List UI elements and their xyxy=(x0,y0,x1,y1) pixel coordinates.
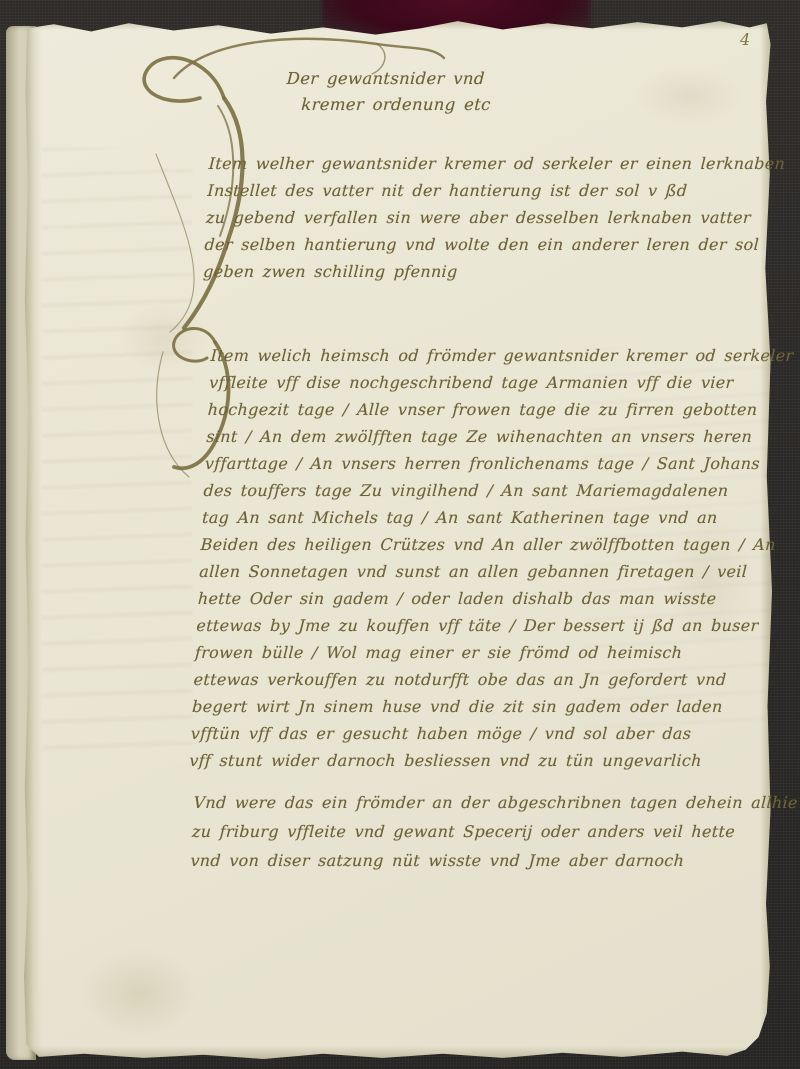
manuscript-line: des touffers tage Zu vingilhend / An san… xyxy=(203,477,800,504)
heading-line: Der gewantsnider vnd xyxy=(286,66,493,92)
manuscript-line: der selben hantierung vnd wolte den ein … xyxy=(204,231,782,258)
manuscript-line: Instellet des vatter nit der hantierung … xyxy=(207,177,785,204)
manuscript-line: vff stunt wider darnoch besliessen vnd z… xyxy=(189,747,799,774)
manuscript-line: zu gebend verfallen sin were aber dessel… xyxy=(205,204,783,231)
manuscript-line: Item welher gewantsnider kremer od serke… xyxy=(208,150,786,177)
manuscript-line: geben zwen schilling pfennig xyxy=(202,258,780,285)
paper-stain xyxy=(119,303,209,373)
manuscript-line: Item welich heimsch od frömder gewantsni… xyxy=(210,342,800,369)
paper-stain xyxy=(79,948,199,1038)
manuscript-line: vnd von diser satzung nüt wisste vnd Jme… xyxy=(190,846,796,875)
manuscript-line: sint / An dem zwölfften tage Ze wihenach… xyxy=(206,423,800,450)
manuscript-line: hette Oder sin gadem / oder laden dishal… xyxy=(197,585,800,612)
manuscript-line: ettewas by Jme zu kouffen vff täte / Der… xyxy=(196,612,800,639)
heading-line: kremer ordenung etc xyxy=(301,92,492,118)
manuscript-line: vffarttage / An vnsers herren fronlichen… xyxy=(204,450,800,477)
manuscript-line: zu friburg vffleite vnd gewant Specerij … xyxy=(191,817,797,846)
manuscript-line: vffleite vff dise nochgeschribend tage A… xyxy=(208,369,800,396)
manuscript-heading: Der gewantsnider vnd kremer ordenung etc xyxy=(285,66,493,118)
manuscript-line: begert wirt Jn sinem huse vnd die zit si… xyxy=(192,693,800,720)
manuscript-line: Beiden des heiligen Crützes vnd An aller… xyxy=(200,531,800,558)
manuscript-paragraph-2: Item welich heimsch od frömder gewantsni… xyxy=(189,342,800,774)
manuscript-line: hochgezit tage / Alle vnser frowen tage … xyxy=(207,396,800,423)
paper-stain xyxy=(634,66,744,126)
folio-number: 4 xyxy=(740,30,750,49)
manuscript-line: frowen bülle / Wol mag einer er sie fröm… xyxy=(194,639,800,666)
manuscript-line: tag An sant Michels tag / An sant Kather… xyxy=(201,504,800,531)
manuscript-paragraph-3: Vnd were das ein frömder an der abgeschr… xyxy=(190,788,799,875)
manuscript-line: allen Sonnetagen vnd sunst an allen geba… xyxy=(199,558,800,585)
manuscript-line: Vnd were das ein frömder an der abgeschr… xyxy=(193,788,799,817)
manuscript-paragraph-1: Item welher gewantsnider kremer od serke… xyxy=(202,150,785,285)
ink-showthrough xyxy=(42,148,192,768)
manuscript-line: vfftün vff das er gesucht haben möge / v… xyxy=(190,720,800,747)
manuscript-line: ettewas verkouffen zu notdurfft obe das … xyxy=(193,666,800,693)
